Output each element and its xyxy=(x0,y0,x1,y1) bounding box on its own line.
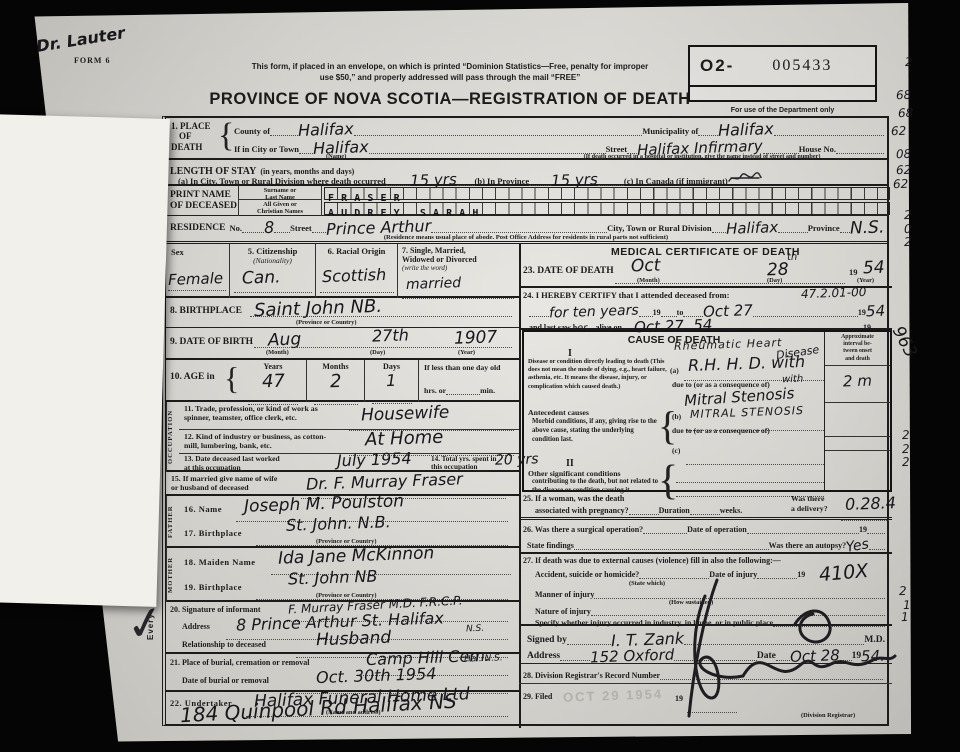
autopsy-label: Was there an autopsy? xyxy=(769,541,846,550)
age-months-value: 2 xyxy=(329,371,341,392)
stay-canada-label: (c) In Canada (if immigrant) xyxy=(624,176,728,186)
antecedent-instruction: Morbid conditions, if any, giving rise t… xyxy=(532,418,662,444)
item1-label: DEATH xyxy=(171,142,211,152)
margin-code: 62 xyxy=(891,124,907,139)
interval-caption: and death xyxy=(845,356,870,362)
total-years-label: 14. Total yrs. spent in xyxy=(431,455,497,463)
father-birthplace-label: 17. Birthplace xyxy=(184,528,242,538)
relationship-label: Relationship to deceased xyxy=(182,640,266,649)
mother-birthplace-label: 19. Birthplace xyxy=(184,582,242,592)
residence-street-label: Street xyxy=(290,223,312,233)
burial-place-value2: Hal. N.S. xyxy=(464,653,503,664)
direct-cause-instruction: Disease or condition directly leading to… xyxy=(528,358,649,365)
section-personal-grid: Sex Female 5. Citizenship (Nationality) … xyxy=(166,244,519,298)
age-label: 10. AGE in xyxy=(170,372,215,382)
last-worked-label2: at this occupation xyxy=(184,463,241,472)
given-sublabel2: Christian Names xyxy=(257,208,303,215)
death-year-value: 54 xyxy=(863,258,885,279)
industry-label2: mill, lumbering, bank, etc. xyxy=(184,441,272,450)
section-operation: 26. Was there a surgical operation? Date… xyxy=(519,520,892,554)
residence-province-value: N.S. xyxy=(849,217,884,238)
residence-province-label: Province xyxy=(808,223,840,233)
racial-origin-label: 6. Racial Origin xyxy=(316,244,397,256)
overlapping-blank-sheet xyxy=(0,114,170,607)
registration-code-prefix: O2- xyxy=(700,56,734,76)
year-prefix: 19 xyxy=(849,267,858,277)
margin-code: 2 xyxy=(902,455,910,469)
print-name-label: PRINT NAME xyxy=(170,190,237,201)
section-mother: MOTHER 18. Maiden Name Ida Jane McKinnon… xyxy=(166,548,519,602)
trade-label: 11. Trade, profession, or kind of work a… xyxy=(184,404,318,413)
citizenship-label: 5. Citizenship xyxy=(230,244,315,256)
informant-address-label: Address xyxy=(182,622,210,631)
division-registrar-signature-icon xyxy=(645,578,900,726)
cause-a-above: Rheumatic Heart xyxy=(674,336,783,353)
hospital-caption: (If death occurred in a hospital or inst… xyxy=(518,153,886,160)
pregnancy-label: 25. If a woman, was the death xyxy=(523,494,624,503)
cause-of-death-box: Approximate interval be- tween onset and… xyxy=(522,330,892,492)
margin-code: 2 xyxy=(902,428,910,442)
marital-sublabel: (write the word) xyxy=(398,264,519,272)
dob-label: 9. DATE OF BIRTH xyxy=(170,337,253,347)
interval-column: Approximate interval be- tween onset and… xyxy=(824,332,890,490)
dob-day-caption: (Day) xyxy=(370,349,385,356)
residence-caption: (Residence means usual place of abode. P… xyxy=(226,234,826,241)
section-certify: 24. I HEREBY CERTIFY that I attended dec… xyxy=(519,288,892,330)
residence-no-label: No. xyxy=(229,223,242,233)
interval-caption: interval be- xyxy=(843,341,872,347)
death-year-caption: (Year) xyxy=(857,277,874,284)
father-birthplace-value: St. John. N.B. xyxy=(286,512,391,535)
margin-code: 68 xyxy=(896,88,912,103)
section-date-of-death: 23. DATE OF DEATH Oct 28 th 19 54 (Month… xyxy=(519,260,892,288)
residence-label: RESIDENCE xyxy=(170,223,225,233)
age-days-value: 1 xyxy=(386,371,397,390)
item1-label: 1. PLACE xyxy=(171,121,211,131)
industry-label: 12. Kind of industry or business, as cot… xyxy=(184,432,326,441)
age-years-label: Years xyxy=(240,360,306,371)
age-months-label: Months xyxy=(307,360,364,371)
signed-by-label: Signed by xyxy=(527,635,567,645)
weeks-label: weeks. xyxy=(720,506,742,515)
town-label: If in City or Town xyxy=(234,144,299,154)
section-length-of-stay: LENGTH OF STAY (in years, months and day… xyxy=(166,160,889,186)
stay-city-label: (a) In City, Town or Rural Division wher… xyxy=(178,176,386,186)
age-days-label: Days xyxy=(365,360,418,371)
delivery-label: Was there xyxy=(791,494,824,503)
delivery-label2: a delivery? xyxy=(791,504,828,513)
section-print-name: PRINT NAME OF DECEASED Surname or Last N… xyxy=(166,186,889,216)
section-place-of-death: 1. PLACE OF DEATH { County of Halifax Mu… xyxy=(166,118,889,160)
margin-code: 2 xyxy=(904,208,912,222)
section-date-of-birth: 9. DATE OF BIRTH Aug 27th 1907 (Month) (… xyxy=(166,328,519,360)
section-residence: RESIDENCE No. 8 Street Prince Arthur Cit… xyxy=(166,216,889,244)
death-day-suffix: th xyxy=(787,252,798,263)
manner-label: Manner of injury xyxy=(535,590,594,599)
item1-label: OF xyxy=(179,131,211,141)
surname-sublabel: Surname or xyxy=(264,187,296,194)
date-of-death-label: 23. DATE OF DEATH xyxy=(523,266,614,276)
municipality-label: Municipality of xyxy=(642,126,698,136)
interval-caption: Approximate xyxy=(841,334,874,340)
section-father: FATHER 16. Name Joseph M. Poulston 17. B… xyxy=(166,496,519,548)
duration-label: Duration xyxy=(659,506,690,515)
brace: { xyxy=(218,119,234,153)
year-prefix: 19 xyxy=(858,308,866,317)
nature-label: Nature of injury xyxy=(535,607,591,616)
father-rail-label: FATHER xyxy=(166,496,179,548)
marital-label: 7. Single, Married, xyxy=(402,246,466,255)
citizenship-sublabel: (Nationality) xyxy=(230,256,315,265)
spouse-label: 15. If married give name of wife xyxy=(171,474,277,483)
operation-label: 26. Was there a surgical operation? xyxy=(523,525,643,534)
antecedent-label: Antecedent causes xyxy=(528,408,589,417)
age-less-label: If less than one day old xyxy=(424,363,519,372)
signer-address-label: Address xyxy=(527,651,560,661)
margin-code: 62 xyxy=(893,177,909,192)
burial-date-label: Date of burial or removal xyxy=(182,676,269,685)
age-years-value: 47 xyxy=(261,371,285,393)
burial-place-label: 21. Place of burial, cremation or remova… xyxy=(170,658,310,667)
margin-code: 1 xyxy=(901,610,909,624)
father-birthplace-caption: (Province or Country) xyxy=(316,538,376,545)
margin-code: 2 xyxy=(904,235,912,249)
filed-label: 29. Filed xyxy=(523,692,552,701)
informant-signature-label: 20. Signature of informant xyxy=(170,605,261,614)
sex-label: Sex xyxy=(171,247,184,257)
department-number-box: O2- 005433 xyxy=(688,45,877,102)
last-worked-value: July 1954 xyxy=(337,449,412,471)
code-47201: 47.2.01-00 xyxy=(801,285,867,301)
autopsy-value: Yes xyxy=(845,536,870,556)
section-age: 10. AGE in { Years 47 Months 2 Days 1 If… xyxy=(166,360,519,402)
medical-certificate-title: MEDICAL CERTIFICATE OF DEATH xyxy=(519,246,892,258)
record-number-label: 28. Division Registrar's Record Number xyxy=(523,671,660,680)
mother-birthplace-value: St. John NB xyxy=(288,566,378,588)
interval-value: 2 m xyxy=(843,372,873,391)
roman-two: II xyxy=(566,458,574,469)
external-causes-label: 27. If death was due to external causes … xyxy=(523,556,781,565)
trade-label2: spinner, teamster, office clerk, etc. xyxy=(184,413,297,422)
surname-sublabel2: Last Name xyxy=(265,194,295,201)
accident-label: Accident, suicide or homicide? xyxy=(535,570,639,579)
death-day-caption: (Day) xyxy=(767,277,782,284)
age-hrs-label: hrs. or xyxy=(424,386,446,395)
margin-code: 62 xyxy=(896,163,912,178)
year-prefix: 19 xyxy=(859,525,867,534)
occupation-rail-label: OCCUPATION xyxy=(166,402,179,472)
registration-number: 005433 xyxy=(772,57,832,75)
mother-name-label: 18. Maiden Name xyxy=(184,557,255,567)
given-sublabel: All Given or xyxy=(263,201,297,208)
birthplace-label: 8. BIRTHPLACE xyxy=(170,306,242,316)
cause-a-label: (a) xyxy=(670,366,679,375)
stay-province-label: (b) In Province xyxy=(475,176,530,186)
mailing-notice-line1: This form, if placed in an envelope, on … xyxy=(170,62,730,71)
section-pregnancy: 25. If a woman, was the death associated… xyxy=(519,492,892,520)
age-min-label: min. xyxy=(480,386,495,395)
print-name-label2: OF DECEASED xyxy=(170,201,237,212)
cause-b-value: MITRAL STENOSIS xyxy=(690,404,804,421)
department-box-caption: For use of the Department only xyxy=(688,107,877,114)
form-number: FORM 6 xyxy=(74,56,110,65)
margin-code: 68 xyxy=(898,106,914,121)
certify-label: 24. I HEREBY CERTIFY that I attended dec… xyxy=(523,290,729,300)
scanned-death-registration: Dr. Lauter FORM 6 This form, if placed i… xyxy=(0,0,960,752)
section-birthplace: 8. BIRTHPLACE Saint John NB. (Province o… xyxy=(166,298,519,328)
residence-city-label: City, Town or Rural Division xyxy=(607,223,711,233)
interval-caption: tween onset xyxy=(843,348,872,354)
father-name-label: 16. Name xyxy=(184,504,222,514)
page-title: PROVINCE OF NOVA SCOTIA—REGISTRATION OF … xyxy=(160,90,740,109)
brace: { xyxy=(224,362,239,394)
birthplace-caption: (Province or Country) xyxy=(296,319,356,326)
due-to-label2: due to (or as a consequence of) xyxy=(672,426,770,435)
operation-date-label: Date of operation xyxy=(687,525,747,534)
county-label: County of xyxy=(234,126,270,136)
dob-year-caption: (Year) xyxy=(458,349,475,356)
scribble-mark xyxy=(728,172,762,184)
margin-code: 2 xyxy=(905,55,913,69)
to-label: to xyxy=(677,308,684,317)
year-prefix: 19 xyxy=(653,308,661,317)
dob-month-caption: (Month) xyxy=(266,349,289,356)
mailing-notice-line2: use $50,” and properly addressed will pa… xyxy=(170,73,730,82)
margin-code: 08 xyxy=(896,147,912,162)
pregnancy-label2: associated with pregnancy? xyxy=(535,506,629,515)
death-month-caption: (Month) xyxy=(637,277,660,284)
spouse-label2: or husband of deceased xyxy=(171,483,249,492)
given-names-comb-field: AUDREY SARAH xyxy=(324,202,890,215)
cause-c-label: (c) xyxy=(672,446,680,455)
mother-rail-label: MOTHER xyxy=(166,548,179,602)
marital-label2: Widowed or Divorced xyxy=(402,255,477,264)
findings-label: State findings xyxy=(527,541,574,550)
surname-comb-field: FRASER xyxy=(324,187,890,200)
other-conditions-label: Other significant conditions xyxy=(528,469,621,478)
cause-b-label: (b) xyxy=(672,412,681,421)
name-caption: (Name) xyxy=(326,153,346,160)
section-occupation: OCCUPATION 11. Trade, profession, or kin… xyxy=(166,402,519,472)
